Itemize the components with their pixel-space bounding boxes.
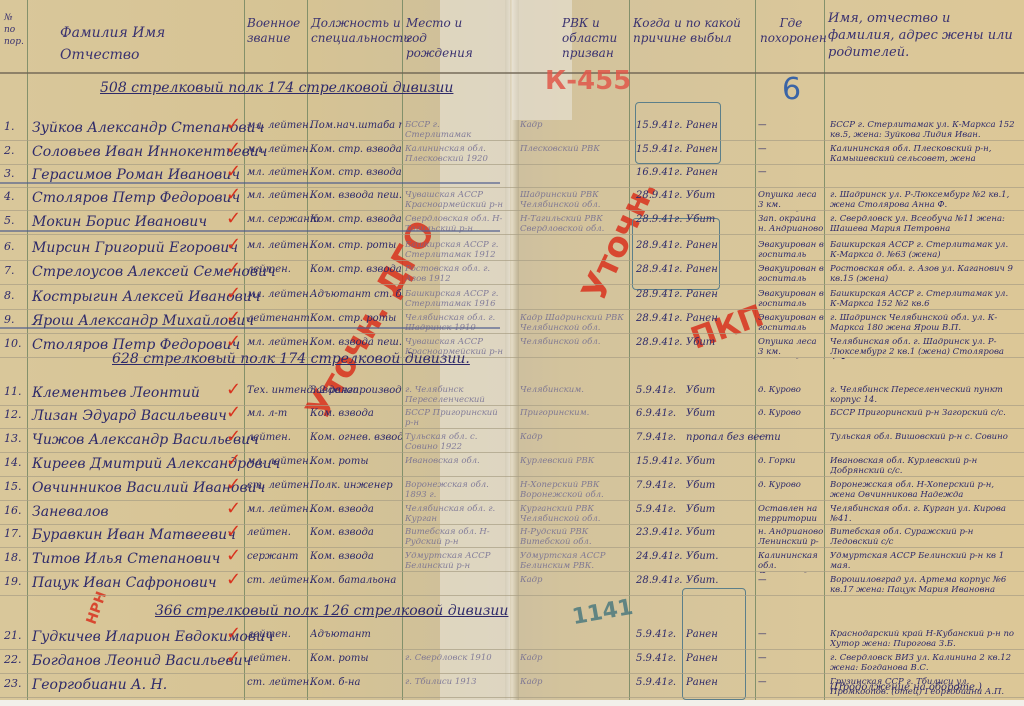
row-buried: — bbox=[758, 167, 824, 177]
row-rule bbox=[0, 524, 1024, 525]
section-title: 366 стрелковый полк 126 стрелковой дивиз… bbox=[155, 603, 508, 619]
row-relatives: Ивановская обл. Курлевский р-н Добрянски… bbox=[830, 456, 1020, 476]
row-buried: — bbox=[758, 432, 824, 442]
row-relatives: г. Челябинск Переселенческий пункт корпу… bbox=[830, 385, 1020, 405]
row-buried: — bbox=[758, 144, 824, 154]
row-birthplace: БССР г. Стерлитамак bbox=[405, 120, 505, 140]
row-reason: Убит bbox=[686, 527, 715, 538]
row-buried: д. Горки bbox=[758, 456, 824, 466]
red-check-icon: ✓ bbox=[226, 186, 241, 204]
row-reason: Убит bbox=[686, 504, 715, 515]
row-position: Завделопроизводством bbox=[310, 385, 402, 396]
header-when-why: Когда и по какой причине выбыл bbox=[633, 16, 751, 46]
row-rvk: Кадр bbox=[520, 432, 628, 442]
row-birthplace: г. Челябинск Переселенческий пункт bbox=[405, 385, 505, 407]
row-relatives: г. Шадринск Челябинской обл. ул. К-Маркс… bbox=[830, 313, 1020, 333]
row-relatives: г. Свердловск ул. Всеобуча №11 жена: Шаш… bbox=[830, 214, 1020, 234]
row-date: 28.9.41г. bbox=[636, 337, 682, 348]
row-rank: лейтен. bbox=[247, 629, 291, 640]
row-position: Пом.нач.штаба полка bbox=[310, 120, 402, 131]
row-position: Ком. стр. взвода bbox=[310, 264, 402, 275]
row-relatives: Башкирская АССР г. Стерлитамак ул. К-Мар… bbox=[830, 289, 1020, 309]
row-name: Георгобиани А. Н. bbox=[32, 677, 167, 693]
row-rvk: Челябинской обл. bbox=[520, 337, 628, 347]
row-buried: Калининская обл. Ленинский р-н bbox=[758, 551, 824, 573]
row-reason: Убит bbox=[686, 456, 715, 467]
row-relatives: Башкирская АССР г. Стерлитамак ул. К-Мар… bbox=[830, 240, 1020, 260]
red-check-icon: ✓ bbox=[226, 163, 241, 181]
row-position: Ком. взвода bbox=[310, 527, 402, 538]
row-relatives: Краснодарский край Н-Кубанский р-н по Ху… bbox=[830, 629, 1020, 649]
row-buried: Оставлен на территории противника bbox=[758, 504, 824, 526]
row-position: Ком. батальона bbox=[310, 575, 402, 586]
row-name: Мирсин Григорий Егорович bbox=[32, 240, 238, 256]
row-name: Ярош Александр Михайлович bbox=[32, 313, 254, 329]
row-reason: Ранен bbox=[686, 120, 718, 131]
row-name: Лизан Эдуард Васильевич bbox=[32, 408, 227, 424]
row-rank: мл. лейтен. bbox=[247, 144, 312, 155]
row-rule bbox=[0, 234, 1024, 235]
header-name: Фамилия Имя Отчество bbox=[60, 22, 230, 66]
row-num: 6. bbox=[4, 240, 15, 253]
row-rank: мл. лейтен. bbox=[247, 120, 312, 131]
row-rule bbox=[0, 500, 1024, 501]
row-buried: — bbox=[758, 575, 824, 585]
row-num: 21. bbox=[4, 629, 22, 642]
row-reason: Ранен bbox=[686, 677, 718, 688]
row-num: 8. bbox=[4, 289, 15, 302]
row-position: Ком. взвода bbox=[310, 551, 402, 562]
row-date: 24.9.41г. bbox=[636, 551, 682, 562]
row-position: Ком. роты bbox=[310, 456, 402, 467]
row-rule bbox=[0, 571, 1024, 572]
red-check-icon: ✓ bbox=[226, 476, 241, 494]
row-reason: Убит. bbox=[686, 575, 718, 586]
row-relatives: Калининская обл. Плесковский р-н, Камыше… bbox=[830, 144, 1020, 164]
row-date: 28.9.41г. bbox=[636, 575, 682, 586]
row-relatives: Витебская обл. Суражский р-н Ледовский с… bbox=[830, 527, 1020, 547]
row-rank: мл. лейтен. bbox=[247, 289, 312, 300]
row-buried: — bbox=[758, 120, 824, 130]
row-reason: Убит bbox=[686, 480, 715, 491]
row-name: Киреев Дмитрий Александрович bbox=[32, 456, 280, 472]
row-buried: Эвакуирован в госпиталь bbox=[758, 313, 824, 333]
row-position: Ком. взвода bbox=[310, 408, 402, 419]
red-check-icon: ✓ bbox=[226, 309, 241, 327]
row-num: 11. bbox=[4, 385, 22, 398]
row-rank: мл. лейтен. bbox=[247, 240, 312, 251]
row-buried: — bbox=[758, 629, 824, 639]
row-rvk: Кадр bbox=[520, 120, 628, 130]
row-relatives: Удмуртская АССР Белинский р-н кв 1 мая. bbox=[830, 551, 1020, 571]
archive-number: К-455 bbox=[545, 66, 631, 96]
row-birthplace: Чувашская АССР Красноармейский р-н bbox=[405, 190, 505, 210]
row-rank: лейтен. bbox=[247, 527, 291, 538]
row-birthplace: Свердловская обл. Н-Тагильский р-н bbox=[405, 214, 505, 234]
row-position: Ком. стр. роты bbox=[310, 313, 402, 324]
row-rule bbox=[0, 140, 1024, 141]
row-num: 5. bbox=[4, 214, 15, 227]
row-position: Ком. огнев. взвода bbox=[310, 432, 402, 443]
row-name: Клементьев Леонтий bbox=[32, 385, 200, 401]
row-buried: Опушка леса 3 км. северней н. Андрианово bbox=[758, 337, 824, 359]
row-num: 2. bbox=[4, 144, 15, 157]
row-num: 23. bbox=[4, 677, 22, 690]
row-rank: мл. лейтен. bbox=[247, 190, 312, 201]
row-rank: лейтен. bbox=[247, 432, 291, 443]
row-date: 15.9.41г. bbox=[636, 456, 682, 467]
row-reason: Убит bbox=[686, 385, 715, 396]
row-reason: Ранен bbox=[686, 264, 718, 275]
red-check-icon: ✓ bbox=[226, 260, 241, 278]
row-rule bbox=[0, 333, 1024, 334]
row-birthplace: Челябинская обл. г. Курган bbox=[405, 504, 505, 524]
header-num: № по пор. bbox=[4, 12, 26, 48]
red-check-icon: ✓ bbox=[226, 500, 241, 518]
row-date: 28.9.41г. bbox=[636, 190, 682, 201]
row-birthplace: Удмуртская АССР Белинский р-н bbox=[405, 551, 505, 571]
row-num: 22. bbox=[4, 653, 22, 666]
row-rank: мл. лейтен. bbox=[247, 337, 312, 348]
row-rank: мл. лейтен. bbox=[247, 504, 312, 515]
row-num: 16. bbox=[4, 504, 22, 517]
row-rule bbox=[0, 428, 1024, 429]
red-check-icon: ✓ bbox=[226, 140, 241, 158]
row-rvk: Н-Тагильский РВК Свердловской обл. bbox=[520, 214, 628, 234]
row-rvk: Кадр bbox=[520, 653, 628, 663]
row-reason: Убит. bbox=[686, 551, 718, 562]
row-reason: Ранен bbox=[686, 167, 718, 178]
row-date: 5.9.41г. bbox=[636, 629, 676, 640]
row-num: 3. bbox=[4, 167, 15, 180]
row-buried: д. Курово bbox=[758, 385, 824, 395]
row-rule bbox=[0, 164, 1024, 165]
row-buried: Зап. окраина н. Андрианово bbox=[758, 214, 824, 234]
header-position: Должность и специальность bbox=[311, 16, 401, 46]
row-rank: ст. лейтен. bbox=[247, 677, 312, 688]
row-date: 5.9.41г. bbox=[636, 653, 676, 664]
row-reason: Ранен bbox=[686, 289, 718, 300]
header-buried: Где похоронен bbox=[760, 16, 822, 46]
row-rule bbox=[0, 260, 1024, 261]
row-rule bbox=[0, 595, 1024, 596]
row-rvk: Кадр Шадринский РВК Челябинской обл. bbox=[520, 313, 628, 333]
row-position: Ком. взвода пеш. разведчиков bbox=[310, 190, 402, 201]
row-reason: Убит bbox=[686, 214, 715, 225]
row-num: 10. bbox=[4, 337, 22, 350]
row-reason: Ранен bbox=[686, 240, 718, 251]
row-rank: мл. лейтен. bbox=[247, 167, 312, 178]
row-buried: Эвакуирован в госпиталь bbox=[758, 289, 824, 309]
row-buried: Эвакуирован в госпиталь bbox=[758, 240, 824, 260]
row-reason: Ранен bbox=[686, 144, 718, 155]
red-check-icon: ✓ bbox=[226, 649, 241, 667]
row-date: 23.9.41г. bbox=[636, 527, 682, 538]
row-buried: — bbox=[758, 653, 824, 663]
row-relatives: г. Свердловск ВИЗ ул. Калинина 2 кв.12 ж… bbox=[830, 653, 1020, 673]
red-check-icon: ✓ bbox=[226, 333, 241, 351]
row-buried: д. Курово bbox=[758, 480, 824, 490]
row-name: Заневалов bbox=[32, 504, 109, 520]
row-name: Герасимов Роман Иванович bbox=[32, 167, 240, 183]
row-position: Ком. стр. взвода bbox=[310, 214, 402, 225]
row-num: 9. bbox=[4, 313, 15, 326]
row-num: 12. bbox=[4, 408, 22, 421]
header-rule bbox=[0, 72, 1024, 74]
red-check-icon: ✓ bbox=[226, 523, 241, 541]
row-buried: н. Андрианово Ленинский р-н Калининской … bbox=[758, 527, 824, 549]
section-title: 508 стрелковый полк 174 стрелковой дивиз… bbox=[100, 80, 453, 96]
row-rvk: Пригоринским. bbox=[520, 408, 628, 418]
row-rank: лейтенант bbox=[247, 313, 310, 324]
scanned-document-sheet: № по пор. Фамилия Имя Отчество Военное з… bbox=[0, 0, 1024, 700]
row-date: 28.9.41г. bbox=[636, 240, 682, 251]
row-relatives: Воронежская обл. Н-Хоперский р-н, жена О… bbox=[830, 480, 1020, 500]
row-buried: — bbox=[758, 677, 824, 687]
row-num: 19. bbox=[4, 575, 22, 588]
section-title: 628 стрелковый полк 174 стрелковой дивиз… bbox=[112, 351, 470, 367]
row-date: 7.9.41г. bbox=[636, 480, 676, 491]
row-birthplace: г. Свердловск 1910 bbox=[405, 653, 505, 663]
row-position: Ком. взвода пеш. разведчиков bbox=[310, 337, 402, 348]
row-position: Ком. взвода bbox=[310, 504, 402, 515]
row-date: 16.9.41г. bbox=[636, 167, 682, 178]
row-rank: сержант bbox=[247, 551, 298, 562]
row-reason: Убит bbox=[686, 190, 715, 201]
row-position: Ком. стр. роты bbox=[310, 240, 402, 251]
row-relatives: Челябинская обл. г. Курган ул. Кирова №4… bbox=[830, 504, 1020, 524]
row-rank: мл. сержант bbox=[247, 214, 319, 225]
row-rule bbox=[0, 476, 1024, 477]
row-rank: ст. лейтен. bbox=[247, 480, 312, 491]
row-buried: Эвакуирован в госпиталь bbox=[758, 264, 824, 284]
row-reason: Убит bbox=[686, 408, 715, 419]
row-reason: Ранен bbox=[686, 629, 718, 640]
row-position: Ком. стр. взвода bbox=[310, 144, 402, 155]
red-check-icon: ✓ bbox=[226, 428, 241, 446]
row-rule bbox=[0, 405, 1024, 406]
row-position: Адъютант ст. батальона bbox=[310, 289, 402, 300]
row-date: 28.9.41г. bbox=[636, 214, 682, 225]
row-rule bbox=[0, 649, 1024, 650]
row-num: 1. bbox=[4, 120, 15, 133]
row-num: 13. bbox=[4, 432, 22, 445]
row-num: 18. bbox=[4, 551, 22, 564]
header-rvk: РВК и области призван bbox=[562, 16, 628, 61]
row-birthplace: г. Тбилиси 1913 bbox=[405, 677, 505, 687]
row-relatives: Ростовская обл. г. Азов ул. Каганович 9 … bbox=[830, 264, 1020, 284]
row-name: Буравкин Иван Матвеевич bbox=[32, 527, 236, 543]
red-check-icon: ✓ bbox=[226, 285, 241, 303]
row-name: Титов Илья Степанович bbox=[32, 551, 220, 567]
row-date: 28.9.41г. bbox=[636, 289, 682, 300]
row-rule bbox=[0, 187, 1024, 188]
row-date: 28.9.41г. bbox=[636, 264, 682, 275]
row-date: 5.9.41г. bbox=[636, 677, 676, 688]
row-name: Мокин Борис Иванович bbox=[32, 214, 207, 230]
header-rank: Военное звание bbox=[247, 16, 305, 46]
row-date: 28.9.41г. bbox=[636, 313, 682, 324]
row-rule bbox=[0, 284, 1024, 285]
row-date: 15.9.41г. bbox=[636, 120, 682, 131]
footer-note: (Продолжение на обороте.) bbox=[830, 682, 982, 693]
row-rvk: Шадринский РВК Челябинской обл. bbox=[520, 190, 628, 210]
row-num: 4. bbox=[4, 190, 15, 203]
row-position: Адъютант bbox=[310, 629, 402, 640]
row-rvk: Удмуртская АССР Белинским РВК. bbox=[520, 551, 628, 571]
row-relatives: г. Шадринск ул. Р-Люксембург №2 кв.1, же… bbox=[830, 190, 1020, 210]
row-birthplace: Челябинская обл. г. Шадринск 1910 bbox=[405, 313, 505, 333]
row-rank: мл. л-т bbox=[247, 408, 287, 419]
row-birthplace: Башкирская АССР г. Стерлитамак 1916 bbox=[405, 289, 505, 309]
row-rvk: Н-Рудский РВК Витебской обл. bbox=[520, 527, 628, 547]
row-date: 5.9.41г. bbox=[636, 504, 676, 515]
header-relatives: Имя, отчество и фамилия, адрес жены или … bbox=[828, 10, 1018, 61]
row-rule bbox=[0, 697, 1024, 698]
row-rvk: Челябинским. bbox=[520, 385, 628, 395]
row-rvk: Н-Хоперский РВК Воронежской обл. bbox=[520, 480, 628, 500]
row-num: 7. bbox=[4, 264, 15, 277]
row-rule bbox=[0, 452, 1024, 453]
row-relatives: БССР г. Стерлитамак ул. К-Маркса 152 кв.… bbox=[830, 120, 1020, 140]
row-rank: лейтен. bbox=[247, 653, 291, 664]
row-relatives: Челябинская обл. г. Шадринск ул. Р-Люксе… bbox=[830, 337, 1020, 359]
row-rule bbox=[0, 210, 1024, 211]
bracket-box bbox=[632, 218, 720, 290]
red-check-icon: ✓ bbox=[226, 210, 241, 228]
row-name: Чижов Александр Васильевич bbox=[32, 432, 259, 448]
row-buried: д. Курово bbox=[758, 408, 824, 418]
row-position: Полк. инженер bbox=[310, 480, 402, 491]
red-check-icon: ✓ bbox=[226, 116, 241, 134]
row-name: Столяров Петр Федорович bbox=[32, 190, 240, 206]
row-date: 15.9.41г. bbox=[636, 144, 682, 155]
row-birthplace: Калининская обл. Плесковский 1920 bbox=[405, 144, 505, 164]
row-reason: Убит bbox=[686, 337, 715, 348]
red-check-icon: ✓ bbox=[226, 236, 241, 254]
row-rvk: Кадр bbox=[520, 575, 628, 585]
row-num: 14. bbox=[4, 456, 22, 469]
row-position: Ком. роты bbox=[310, 653, 402, 664]
row-relatives: БССР Пригоринский р-н Загорский с/с. bbox=[830, 408, 1020, 418]
row-position: Ком. б-на bbox=[310, 677, 402, 688]
header-birthplace: Место и год рождения bbox=[406, 16, 466, 61]
red-check-icon: ✓ bbox=[226, 452, 241, 470]
row-birthplace: Ивановская обл. bbox=[405, 456, 505, 466]
row-date: 5.9.41г. bbox=[636, 385, 676, 396]
red-check-icon: ✓ bbox=[226, 404, 241, 422]
row-birthplace: Воронежская обл. 1893 г. bbox=[405, 480, 505, 500]
red-check-icon: ✓ bbox=[226, 625, 241, 643]
row-rank: мл. лейтен. bbox=[247, 456, 312, 467]
page-mark: 6 bbox=[782, 72, 801, 107]
row-name: Пацук Иван Сафронович bbox=[32, 575, 217, 591]
red-check-icon: ✓ bbox=[226, 547, 241, 565]
row-birthplace: Витебская обл. Н-Рудский р-н bbox=[405, 527, 505, 547]
row-birthplace: БССР Пригоринский р-н bbox=[405, 408, 505, 428]
row-birthplace: Ростовская обл. г. Азов 1912 bbox=[405, 264, 505, 284]
row-num: 17. bbox=[4, 527, 22, 540]
row-rvk: Плесковский РВК bbox=[520, 144, 628, 154]
row-rvk: Курганский РВК Челябинской обл. bbox=[520, 504, 628, 524]
row-birthplace: Башкирская АССР г. Стерлитамак 1912 bbox=[405, 240, 505, 260]
row-buried: Опушка леса 3 км. северней н. Андрианово bbox=[758, 190, 824, 212]
row-relatives: Тульская обл. Вишовский р-н с. Совино bbox=[830, 432, 1020, 442]
row-rule bbox=[0, 547, 1024, 548]
row-birthplace: Тульская обл. с. Совино 1922 bbox=[405, 432, 505, 452]
row-reason: Ранен bbox=[686, 653, 718, 664]
blue-mark: 1141 bbox=[570, 595, 635, 630]
row-name: Богданов Леонид Васильевич bbox=[32, 653, 251, 669]
row-rvk: Курлевский РВК bbox=[520, 456, 628, 466]
row-num: 15. bbox=[4, 480, 22, 493]
row-rank: лейтен. bbox=[247, 264, 291, 275]
row-position: Ком. стр. взвода bbox=[310, 167, 402, 178]
row-date: 6.9.41г. bbox=[636, 408, 676, 419]
red-check-icon: ✓ bbox=[226, 571, 241, 589]
row-rank: ст. лейтен. bbox=[247, 575, 312, 586]
red-check-icon: ✓ bbox=[226, 381, 241, 399]
row-rule bbox=[0, 309, 1024, 310]
row-rvk: Кадр bbox=[520, 677, 628, 687]
row-rule bbox=[0, 673, 1024, 674]
row-reason: Ранен bbox=[686, 313, 718, 324]
row-date: 7.9.41г. bbox=[636, 432, 676, 443]
row-relatives: Ворошиловград ул. Артема корпус №6 кв.17… bbox=[830, 575, 1020, 595]
